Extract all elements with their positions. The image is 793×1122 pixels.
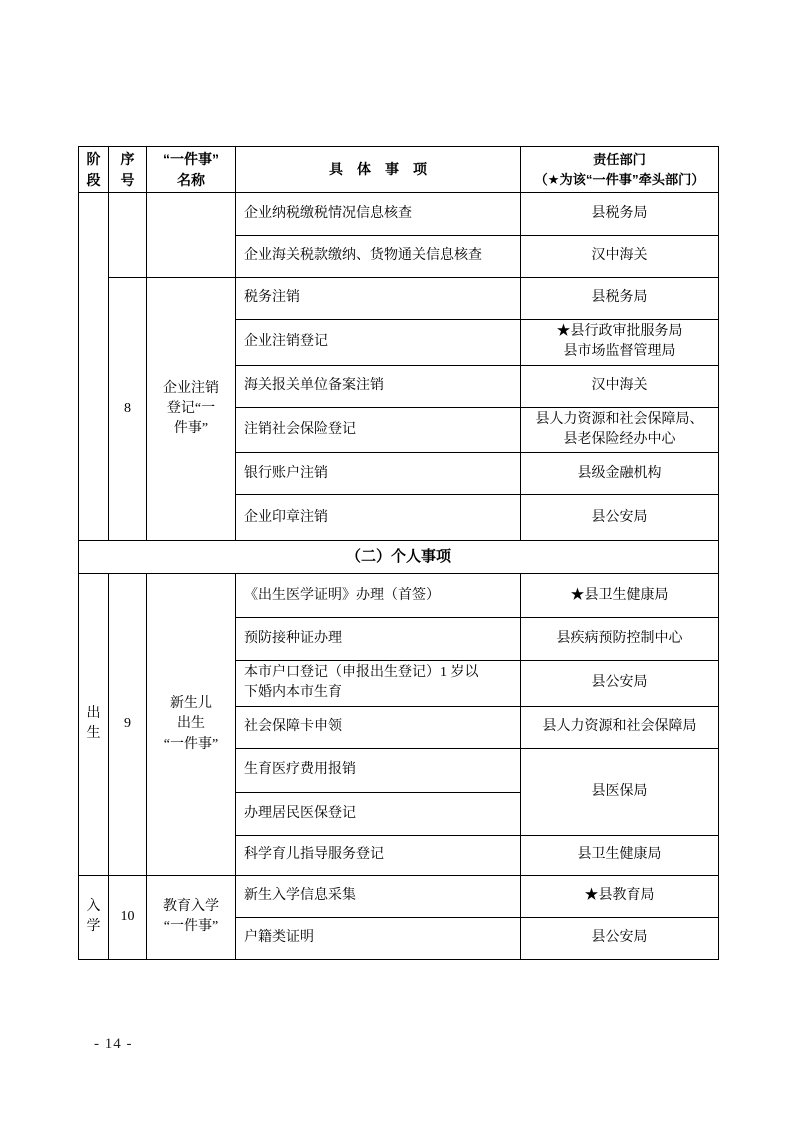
table-row: 出 生 9 新生儿 出生 “一件事” 《出生医学证明》办理（首签） ★县卫生健康… xyxy=(79,574,719,618)
item-cell: 企业印章注销 xyxy=(236,495,521,541)
item-cell: 海关报关单位备案注销 xyxy=(236,365,521,407)
item-cell: 税务注销 xyxy=(236,278,521,320)
item-cell: 生育医疗费用报销 xyxy=(236,748,521,792)
section-divider: （二）个人事项 xyxy=(79,541,719,574)
department-cell: 县税务局 xyxy=(521,278,719,320)
department-cell: 县级金融机构 xyxy=(521,453,719,495)
name-cell: 新生儿 出生 “一件事” xyxy=(147,574,236,876)
item-cell: 本市户口登记（申报出生登记）1 岁以 下婚内本市生育 xyxy=(236,661,521,707)
name-cell: 教育入学 “一件事” xyxy=(147,875,236,959)
item-cell: 企业海关税款缴纳、货物通关信息核查 xyxy=(236,236,521,278)
number-cell-empty xyxy=(109,193,147,278)
stage-cell: 入 学 xyxy=(79,875,109,959)
item-cell: 银行账户注销 xyxy=(236,453,521,495)
item-cell: 新生入学信息采集 xyxy=(236,875,521,917)
department-cell: 县税务局 xyxy=(521,193,719,236)
department-cell: 县公安局 xyxy=(521,661,719,707)
item-cell: 企业纳税缴税情况信息核查 xyxy=(236,193,521,236)
document-page: 阶 段 序 号 “一件事” 名称 具 体 事 项 责任部门 （★为该“一件事”牵… xyxy=(0,0,793,1122)
number-cell: 10 xyxy=(109,875,147,959)
department-cell: ★县行政审批服务局 县市场监督管理局 xyxy=(521,320,719,366)
page-number: - 14 - xyxy=(94,1036,133,1053)
item-cell: 科学育儿指导服务登记 xyxy=(236,835,521,875)
department-cell: 县公安局 xyxy=(521,495,719,541)
table-header-row: 阶 段 序 号 “一件事” 名称 具 体 事 项 责任部门 （★为该“一件事”牵… xyxy=(79,147,719,193)
section-divider-row: （二）个人事项 xyxy=(79,541,719,574)
department-cell: ★县教育局 xyxy=(521,875,719,917)
header-stage: 阶 段 xyxy=(79,147,109,193)
table-row: 8 企业注销 登记“一 件事” 税务注销 县税务局 xyxy=(79,278,719,320)
department-cell: 县疾病预防控制中心 xyxy=(521,618,719,661)
department-cell: 县人力资源和社会保障局 xyxy=(521,706,719,748)
department-cell: 县人力资源和社会保障局、 县老保险经办中心 xyxy=(521,407,719,453)
item-cell: 《出生医学证明》办理（首签） xyxy=(236,574,521,618)
department-cell: 汉中海关 xyxy=(521,236,719,278)
item-cell: 户籍类证明 xyxy=(236,917,521,959)
header-department: 责任部门 （★为该“一件事”牵头部门） xyxy=(521,147,719,193)
department-cell: 县公安局 xyxy=(521,917,719,959)
table-row: 企业纳税缴税情况信息核查 县税务局 xyxy=(79,193,719,236)
number-cell: 8 xyxy=(109,278,147,541)
item-cell: 办理居民医保登记 xyxy=(236,792,521,835)
header-item: 具 体 事 项 xyxy=(236,147,521,193)
department-cell: 汉中海关 xyxy=(521,365,719,407)
stage-cell: 出 生 xyxy=(79,574,109,876)
item-cell: 企业注销登记 xyxy=(236,320,521,366)
table-row: 入 学 10 教育入学 “一件事” 新生入学信息采集 ★县教育局 xyxy=(79,875,719,917)
header-name: “一件事” 名称 xyxy=(147,147,236,193)
header-number: 序 号 xyxy=(109,147,147,193)
item-cell: 注销社会保险登记 xyxy=(236,407,521,453)
item-cell: 预防接种证办理 xyxy=(236,618,521,661)
department-cell-merged: 县医保局 xyxy=(521,748,719,835)
item-cell: 社会保障卡申领 xyxy=(236,706,521,748)
department-cell: ★县卫生健康局 xyxy=(521,574,719,618)
stage-cell-empty xyxy=(79,193,109,541)
department-cell: 县卫生健康局 xyxy=(521,835,719,875)
number-cell: 9 xyxy=(109,574,147,876)
name-cell-empty xyxy=(147,193,236,278)
one-thing-services-table: 阶 段 序 号 “一件事” 名称 具 体 事 项 责任部门 （★为该“一件事”牵… xyxy=(78,146,719,960)
name-cell: 企业注销 登记“一 件事” xyxy=(147,278,236,541)
